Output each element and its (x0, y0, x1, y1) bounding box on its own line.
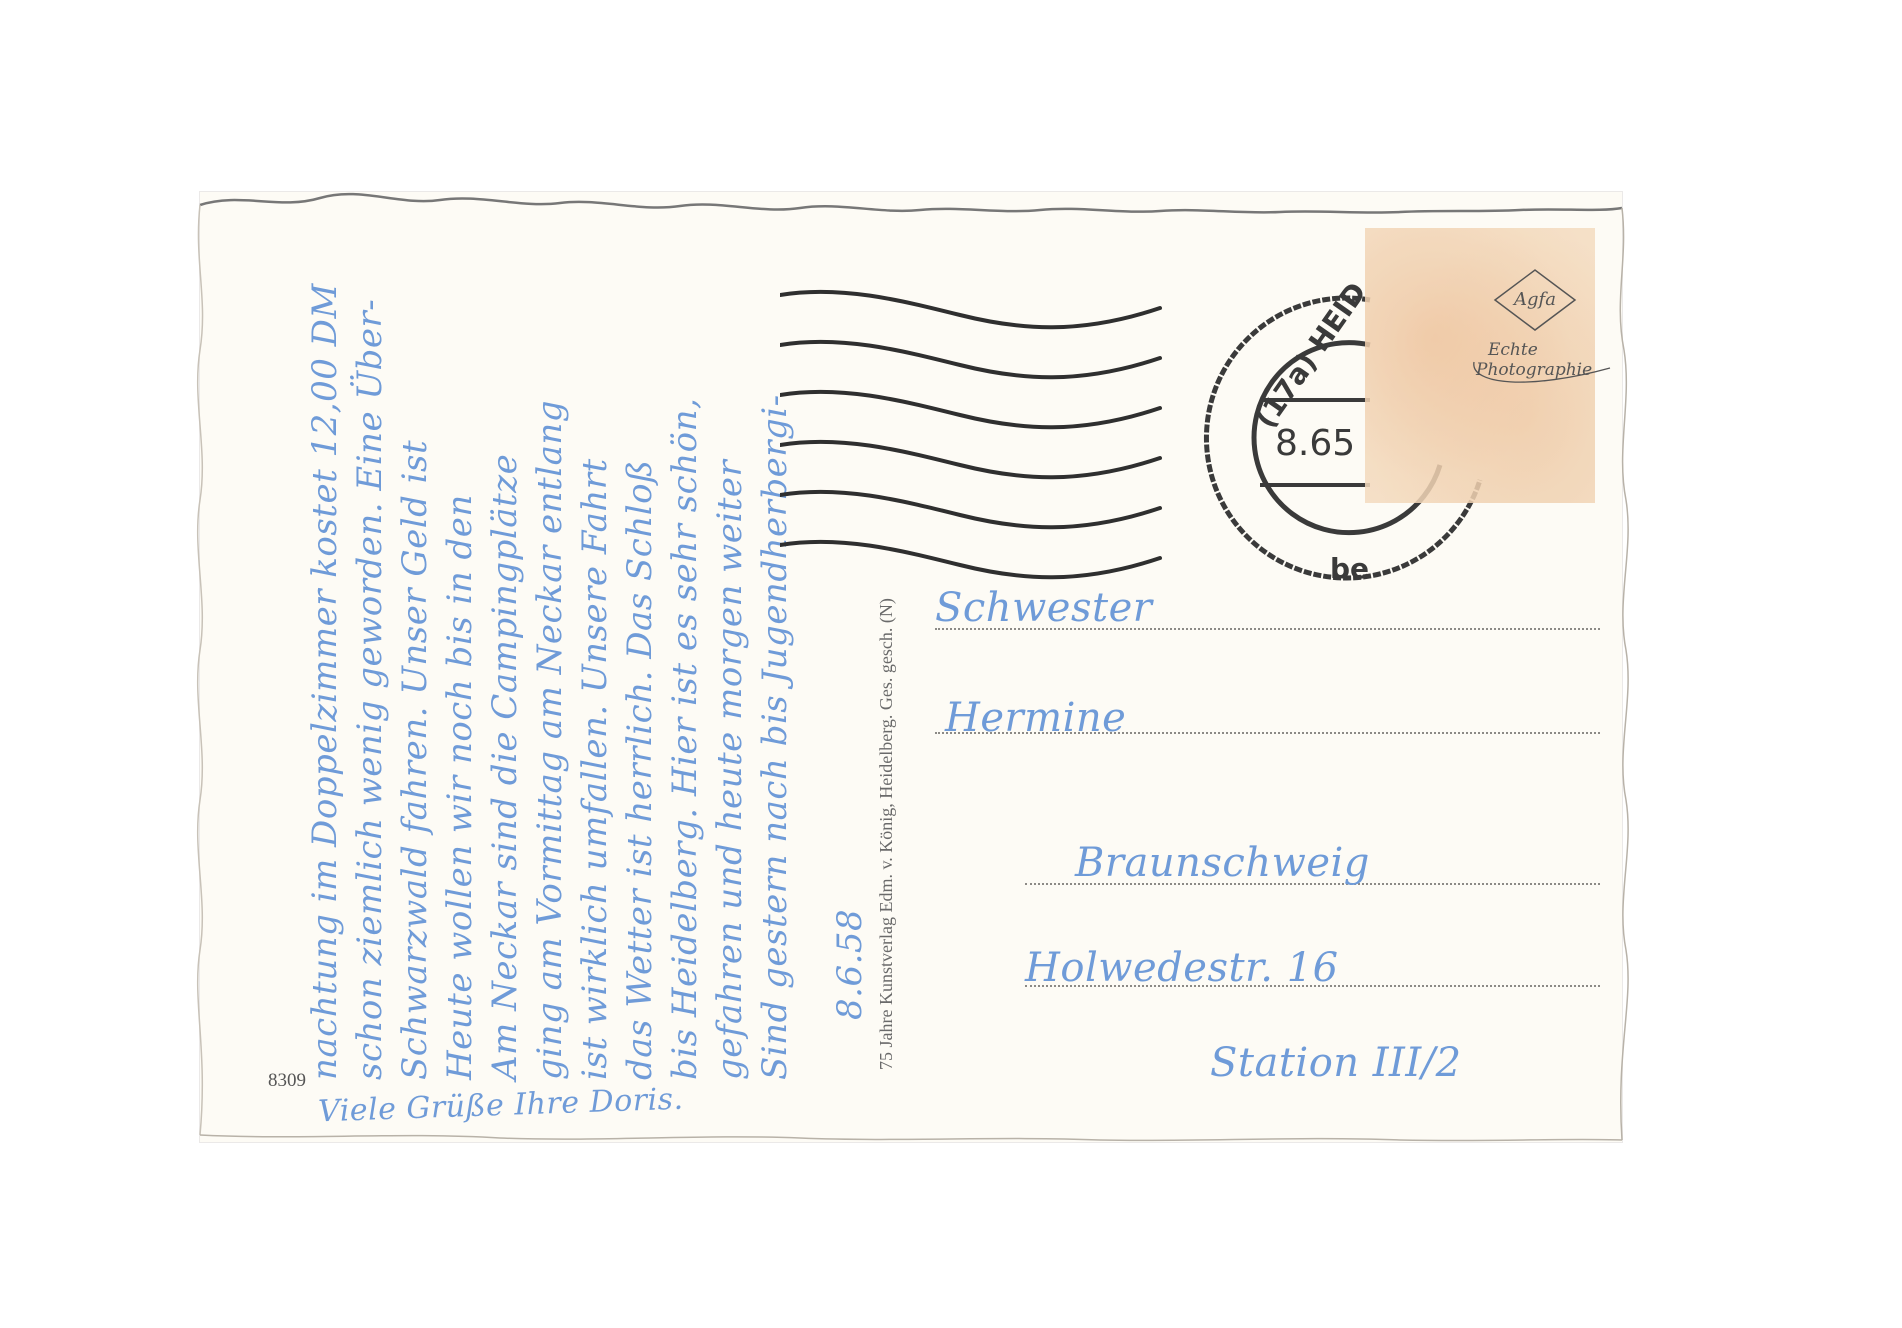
handwritten-message: Sind gestern nach bis Jugendherbergi- ge… (205, 240, 765, 1080)
agfa-wordmark: Agfa (1512, 289, 1556, 310)
publisher-imprint: 75 Jahre Kunstverlag Edm. v. König, Heid… (876, 598, 897, 1070)
message-line: Heute wollen wir noch bis in den (440, 494, 480, 1080)
address-city: Braunschweig (1075, 840, 1370, 886)
card-number: 8309 (268, 1070, 306, 1092)
message-line: Am Neckar sind die Campingplätze (485, 454, 525, 1080)
echte-label: Echte (1487, 340, 1538, 360)
postmark-date: 8.65 (1275, 423, 1355, 464)
handwritten-date: 8.6.58 (830, 909, 870, 1020)
message-line: ging am Vormittag am Neckar entlang (530, 400, 570, 1080)
message-line: bis Heidelberg. Hier ist es sehr schön, (665, 398, 705, 1080)
agfa-logo-icon: Agfa Echte Photographie (1470, 250, 1630, 390)
postmark-place: (17a) HEID (1249, 276, 1373, 434)
postmark-code: be (1330, 552, 1369, 585)
address-recipient-title: Schwester (935, 585, 1152, 631)
message-line: schon ziemlich wenig geworden. Eine Über… (350, 299, 390, 1080)
message-line: das Wetter ist herrlich. Das Schloß (620, 460, 660, 1080)
cancellation-lines (780, 280, 1180, 590)
message-line: ist wirklich umfallen. Unsere Fahrt (575, 458, 615, 1080)
address-street: Holwedestr. 16 (1025, 945, 1339, 991)
message-line: gefahren und heute morgen weiter (710, 460, 750, 1080)
message-line: nachtung im Doppelzimmer kostet 12,00 DM (305, 283, 345, 1080)
address-recipient-name: Hermine (945, 695, 1126, 741)
address-station: Station III/2 (1210, 1040, 1462, 1086)
message-line: Schwarzwald fahren. Unser Geld ist (395, 440, 435, 1080)
